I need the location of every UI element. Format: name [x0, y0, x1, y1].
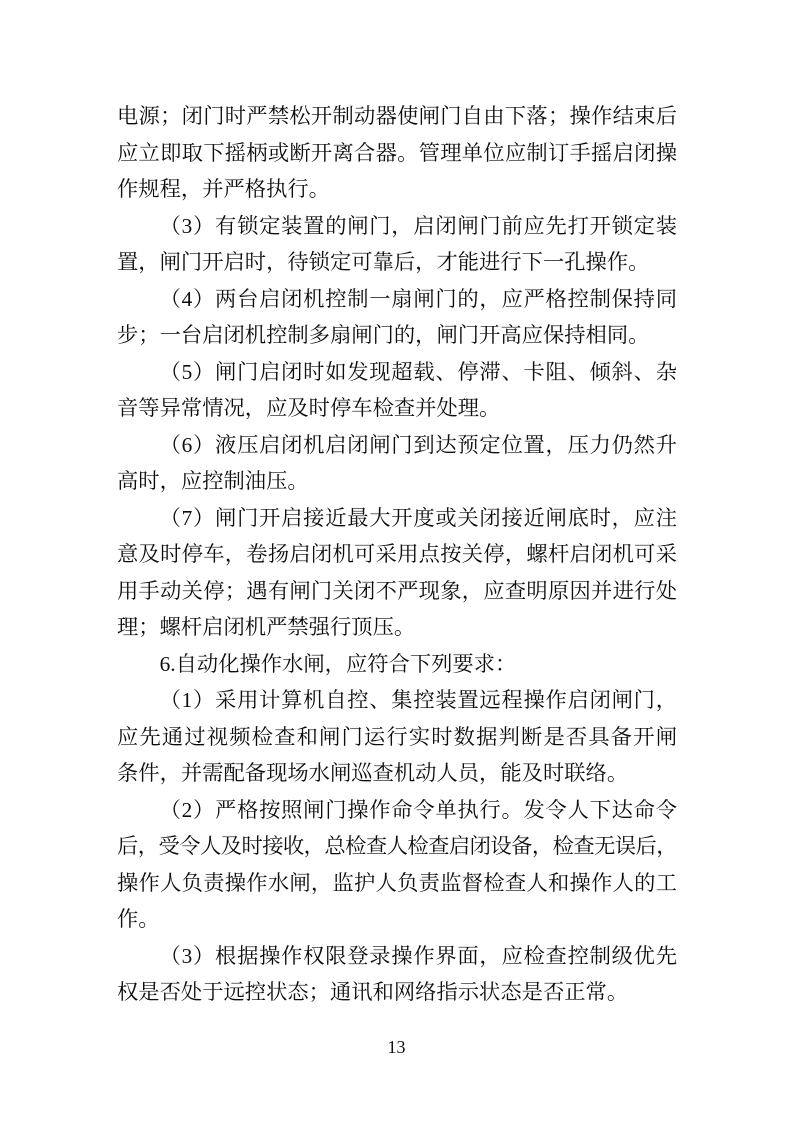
text-line: （4）两台启闭机控制一扇闸门的，应严格控制保持同 — [117, 281, 677, 318]
page-footer: 13 — [0, 1036, 793, 1058]
text-line: 用手动关停；遇有闸门关闭不严现象，应查明原因并进行处 — [117, 573, 677, 610]
text-line: （5）闸门启闭时如发现超载、停滞、卡阻、倾斜、杂 — [117, 354, 677, 391]
text-line: 应先通过视频检查和闸门运行实时数据判断是否具备开闸 — [117, 719, 677, 756]
text-line: 作规程，并严格执行。 — [117, 171, 677, 208]
text-line: 条件，并需配备现场水闸巡查机动人员，能及时联络。 — [117, 755, 677, 792]
text-line: 操作人负责操作水闸，监护人负责监督检查人和操作人的工 — [117, 865, 677, 902]
page-number: 13 — [388, 1037, 406, 1057]
paragraph: （3）根据操作权限登录操作界面，应检查控制级优先权是否处于远控状态；通讯和网络指… — [117, 938, 677, 1011]
paragraph: （3）有锁定装置的闸门，启闭闸门前应先打开锁定装置，闸门开启时，待锁定可靠后，才… — [117, 208, 677, 281]
text-line: 6.自动化操作水闸，应符合下列要求： — [117, 646, 677, 683]
text-line: 权是否处于远控状态；通讯和网络指示状态是否正常。 — [117, 974, 677, 1011]
text-line: 作。 — [117, 901, 677, 938]
text-line: 步；一台启闭机控制多扇闸门的，闸门开高应保持相同。 — [117, 317, 677, 354]
text-line: （3）有锁定装置的闸门，启闭闸门前应先打开锁定装 — [117, 208, 677, 245]
text-line: （3）根据操作权限登录操作界面，应检查控制级优先 — [117, 938, 677, 975]
text-line: 电源；闭门时严禁松开制动器使闸门自由下落；操作结束后 — [117, 98, 677, 135]
paragraph: 电源；闭门时严禁松开制动器使闸门自由下落；操作结束后应立即取下摇柄或断开离合器。… — [117, 98, 677, 208]
text-line: 应立即取下摇柄或断开离合器。管理单位应制订手摇启闭操 — [117, 135, 677, 172]
paragraph: （1）采用计算机自控、集控装置远程操作启闭闸门，应先通过视频检查和闸门运行实时数… — [117, 682, 677, 792]
paragraph: （2）严格按照闸门操作命令单执行。发令人下达命令后，受令人及时接收，总检查人检查… — [117, 792, 677, 938]
text-line: （2）严格按照闸门操作命令单执行。发令人下达命令 — [117, 792, 677, 829]
paragraph: （5）闸门启闭时如发现超载、停滞、卡阻、倾斜、杂音等异常情况，应及时停车检查并处… — [117, 354, 677, 427]
text-line: 后，受令人及时接收，总检查人检查启闭设备，检查无误后， — [117, 828, 677, 865]
text-line: （6）液压启闭机启闭闸门到达预定位置，压力仍然升 — [117, 427, 677, 464]
text-line: 理；螺杆启闭机严禁强行顶压。 — [117, 609, 677, 646]
paragraph: 6.自动化操作水闸，应符合下列要求： — [117, 646, 677, 683]
text-line: 高时，应控制油压。 — [117, 463, 677, 500]
paragraph: （6）液压启闭机启闭闸门到达预定位置，压力仍然升高时，应控制油压。 — [117, 427, 677, 500]
paragraph: （7）闸门开启接近最大开度或关闭接近闸底时，应注意及时停车，卷扬启闭机可采用点按… — [117, 500, 677, 646]
text-line: （7）闸门开启接近最大开度或关闭接近闸底时，应注 — [117, 500, 677, 537]
paragraph: （4）两台启闭机控制一扇闸门的，应严格控制保持同步；一台启闭机控制多扇闸门的，闸… — [117, 281, 677, 354]
text-line: （1）采用计算机自控、集控装置远程操作启闭闸门， — [117, 682, 677, 719]
text-line: 音等异常情况，应及时停车检查并处理。 — [117, 390, 677, 427]
document-body: 电源；闭门时严禁松开制动器使闸门自由下落；操作结束后应立即取下摇柄或断开离合器。… — [117, 98, 677, 1011]
text-line: 置，闸门开启时，待锁定可靠后，才能进行下一孔操作。 — [117, 244, 677, 281]
text-line: 意及时停车，卷扬启闭机可采用点按关停，螺杆启闭机可采 — [117, 536, 677, 573]
document-page: 电源；闭门时严禁松开制动器使闸门自由下落；操作结束后应立即取下摇柄或断开离合器。… — [0, 0, 793, 1122]
